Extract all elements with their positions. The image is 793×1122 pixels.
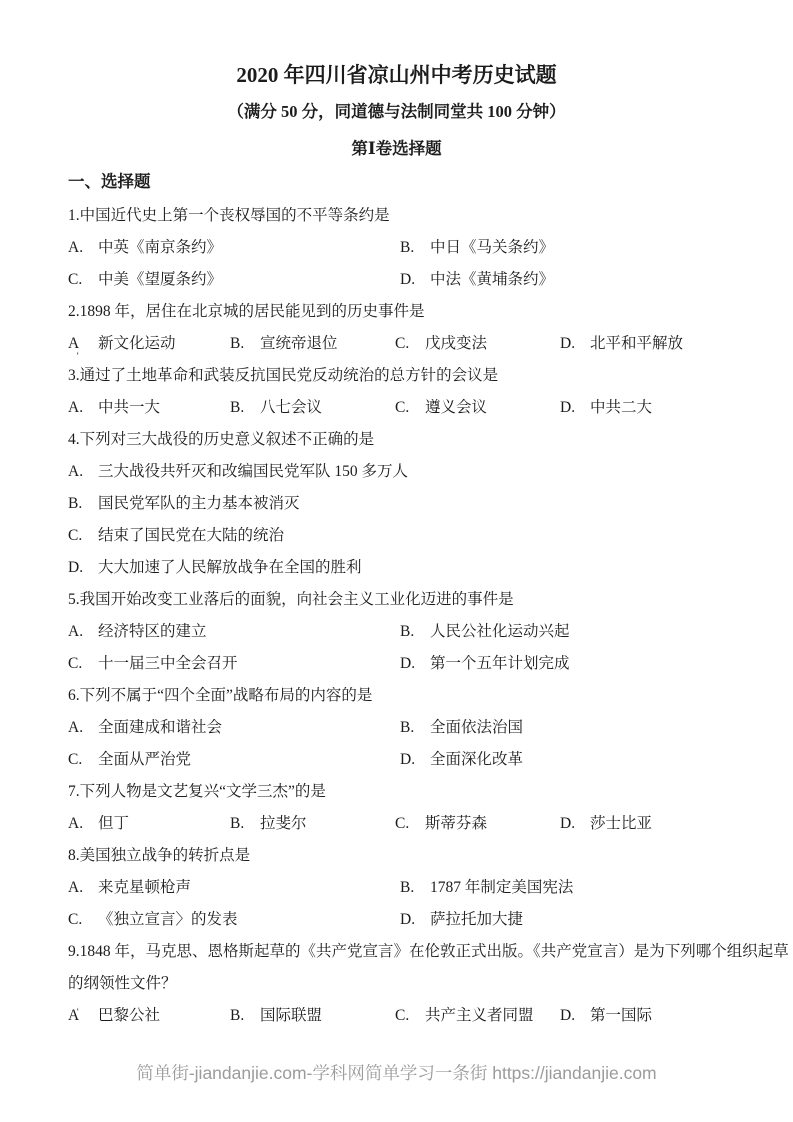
option-text: 宣统帝退位 <box>260 335 338 352</box>
exam-paper-page: 2020 年四川省凉山州中考历史试题 （满分 50 分，同道德与法制同堂共 10… <box>0 0 793 1122</box>
option-text: 萨拉托加大捷 <box>430 911 523 928</box>
option-2-B: B.宣统帝退位 <box>230 328 338 360</box>
option-6-C: C.全面从严治党 <box>68 744 191 776</box>
option-text: 来克星顿枪声 <box>98 879 191 896</box>
question-9-stem: 9.1848 年，马克思、恩格斯起草的《共产党宣言》在伦敦正式出版。《共产党宣言… <box>68 936 725 968</box>
question-4-options-row: D.大大加速了人民解放战争在全国的胜利 <box>68 552 725 584</box>
question-2-stem: 2.1898 年，居住在北京城的居民能见到的历史事件是 <box>68 296 725 328</box>
option-5-C: C.十一届三中全会召开 <box>68 648 238 680</box>
option-text: 国际联盟 <box>260 1007 322 1024</box>
option-9-B: B.国际联盟 <box>230 1000 322 1032</box>
option-9-C: C.共产主义者同盟 <box>395 1000 534 1032</box>
question-9-options-row: A巴黎公社B.国际联盟C.共产主义者同盟D.第一国际 <box>68 1000 725 1032</box>
question-7: 7.下列人物是文艺复兴“文学三杰”的是A.但丁B.拉斐尔C.斯蒂芬森D.莎士比亚 <box>68 776 725 840</box>
option-2-D: D.北平和平解放 <box>560 328 683 360</box>
option-7-A: A.但丁 <box>68 808 129 840</box>
option-text: 全面从严治党 <box>98 751 191 768</box>
option-label: C. <box>68 904 98 936</box>
question-3: 3.通过了土地革命和武装反抗国民党反动统治的总方针的会议是A.中共一大B.八七会… <box>68 360 725 424</box>
question-5-options-row: A.经济特区的建立B.人民公社化运动兴起 <box>68 616 725 648</box>
option-4-B: B.国民党军队的主力基本被消灭 <box>68 488 300 520</box>
option-5-D: D.第一个五年计划完成 <box>400 648 570 680</box>
option-label: C. <box>395 392 425 424</box>
question-4-options-row: C.结束了国民党在大陆的统治 <box>68 520 725 552</box>
option-6-D: D.全面深化改革 <box>400 744 523 776</box>
option-label: C. <box>68 264 98 296</box>
option-label: B. <box>230 1000 260 1032</box>
question-4: 4.下列对三大战役的历史意义叙述不正确的是A.三大战役共歼灭和改编国民党军队 1… <box>68 424 725 584</box>
option-8-B: B.1787 年制定美国宪法 <box>400 872 573 904</box>
question-3-options-row: A.中共一大B.八七会议C.遵义会议D.中共二大 <box>68 392 725 424</box>
option-1-C: C.中美《望厦条约》 <box>68 264 222 296</box>
question-1-options-row: C.中美《望厦条约》D.中法《黄埔条约》 <box>68 264 725 296</box>
questions: 1.中国近代史上第一个丧权辱国的不平等条约是A.中英《南京条约》B.中日《马关条… <box>68 200 725 1032</box>
option-9-A: A巴黎公社 <box>68 1000 160 1032</box>
option-1-B: B.中日《马关条约》 <box>400 232 554 264</box>
option-label: C. <box>68 520 98 552</box>
question-9: 9.1848 年，马克思、恩格斯起草的《共产党宣言》在伦敦正式出版。《共产党宣言… <box>68 936 725 1032</box>
option-3-A: A.中共一大 <box>68 392 160 424</box>
option-text: 莎士比亚 <box>590 815 652 832</box>
question-8-options-row: A.来克星顿枪声B.1787 年制定美国宪法 <box>68 872 725 904</box>
option-3-D: D.中共二大 <box>560 392 652 424</box>
option-text: 中美《望厦条约》 <box>98 271 222 288</box>
option-label: A. <box>68 616 98 648</box>
option-label: A. <box>68 456 98 488</box>
option-text: 全面依法治国 <box>430 719 523 736</box>
option-4-A: A.三大战役共歼灭和改编国民党军队 150 多万人 <box>68 456 408 488</box>
page-content: 2020 年四川省凉山州中考历史试题 （满分 50 分，同道德与法制同堂共 10… <box>0 0 793 1032</box>
option-text: 中共一大 <box>98 399 160 416</box>
option-label: C. <box>395 808 425 840</box>
option-text: 第一国际 <box>590 1007 652 1024</box>
option-8-D: D.萨拉托加大捷 <box>400 904 523 936</box>
part-heading: 一、选择题 <box>68 172 725 192</box>
option-text: 全面深化改革 <box>430 751 523 768</box>
option-label: D. <box>400 264 430 296</box>
question-1-options-row: A.中英《南京条约》B.中日《马关条约》 <box>68 232 725 264</box>
option-label: D. <box>400 904 430 936</box>
option-9-D: D.第一国际 <box>560 1000 652 1032</box>
option-7-D: D.莎士比亚 <box>560 808 652 840</box>
question-8: 8.美国独立战争的转折点是A.来克星顿枪声B.1787 年制定美国宪法C.《独立… <box>68 840 725 936</box>
option-6-A: A.全面建成和谐社会 <box>68 712 222 744</box>
question-4-options-row: A.三大战役共歼灭和改编国民党军队 150 多万人 <box>68 456 725 488</box>
option-label: A <box>68 328 98 360</box>
option-4-D: D.大大加速了人民解放战争在全国的胜利 <box>68 552 362 584</box>
question-4-stem: 4.下列对三大战役的历史意义叙述不正确的是 <box>68 424 725 456</box>
option-text: 遵义会议 <box>425 399 487 416</box>
option-label: A. <box>68 712 98 744</box>
option-text: 巴黎公社 <box>98 1007 160 1024</box>
option-label: B. <box>400 712 430 744</box>
question-5-stem: 5.我国开始改变工业落后的面貌，向社会主义工业化迈进的事件是 <box>68 584 725 616</box>
option-text: 全面建成和谐社会 <box>98 719 222 736</box>
question-2: 2.1898 年，居住在北京城的居民能见到的历史事件是A新文化运动B.宣统帝退位… <box>68 296 725 360</box>
option-text: 第一个五年计划完成 <box>430 655 570 672</box>
option-text: 戊戌变法 <box>425 335 487 352</box>
option-7-C: C.斯蒂芬森 <box>395 808 487 840</box>
option-text: 人民公社化运动兴起 <box>430 623 570 640</box>
option-text: 1787 年制定美国宪法 <box>430 879 573 896</box>
option-label: B. <box>68 488 98 520</box>
question-6: 6.下列不属于“四个全面”战略布局的内容的是A.全面建成和谐社会B.全面依法治国… <box>68 680 725 776</box>
option-label: B. <box>400 872 430 904</box>
option-label: B. <box>400 232 430 264</box>
option-4-C: C.结束了国民党在大陆的统治 <box>68 520 284 552</box>
option-label: C. <box>68 648 98 680</box>
option-text: 中日《马关条约》 <box>430 239 554 256</box>
option-text: 拉斐尔 <box>260 815 307 832</box>
question-5: 5.我国开始改变工业落后的面貌，向社会主义工业化迈进的事件是A.经济特区的建立B… <box>68 584 725 680</box>
option-label: A. <box>68 392 98 424</box>
option-text: 斯蒂芬森 <box>425 815 487 832</box>
option-text: 经济特区的建立 <box>98 623 207 640</box>
option-label: D. <box>560 808 590 840</box>
option-label: D. <box>560 328 590 360</box>
option-text: 三大战役共歼灭和改编国民党军队 150 多万人 <box>98 463 408 480</box>
option-label: D. <box>560 392 590 424</box>
question-5-options-row: C.十一届三中全会召开D.第一个五年计划完成 <box>68 648 725 680</box>
option-2-C: C.戊戌变法 <box>395 328 487 360</box>
option-text: 中法《黄埔条约》 <box>430 271 554 288</box>
question-2-options-row: A新文化运动B.宣统帝退位C.戊戌变法D.北平和平解放 <box>68 328 725 360</box>
option-text: 结束了国民党在大陆的统治 <box>98 527 284 544</box>
question-6-options-row: A.全面建成和谐社会B.全面依法治国 <box>68 712 725 744</box>
option-3-C: C.遵义会议 <box>395 392 487 424</box>
option-5-B: B.人民公社化运动兴起 <box>400 616 570 648</box>
question-1: 1.中国近代史上第一个丧权辱国的不平等条约是A.中英《南京条约》B.中日《马关条… <box>68 200 725 296</box>
question-6-options-row: C.全面从严治党D.全面深化改革 <box>68 744 725 776</box>
footer-watermark: 简单街-jiandanjie.com-学科网简单学习一条街 https://ji… <box>0 1060 793 1086</box>
option-3-B: B.八七会议 <box>230 392 322 424</box>
option-label: A <box>68 1000 98 1032</box>
option-5-A: A.经济特区的建立 <box>68 616 207 648</box>
question-7-stem: 7.下列人物是文艺复兴“文学三杰”的是 <box>68 776 725 808</box>
option-8-A: A.来克星顿枪声 <box>68 872 191 904</box>
option-text: 新文化运动 <box>98 335 176 352</box>
option-7-B: B.拉斐尔 <box>230 808 307 840</box>
option-text: 八七会议 <box>260 399 322 416</box>
option-text: 北平和平解放 <box>590 335 683 352</box>
question-1-stem: 1.中国近代史上第一个丧权辱国的不平等条约是 <box>68 200 725 232</box>
option-label: D. <box>400 744 430 776</box>
question-8-stem: 8.美国独立战争的转折点是 <box>68 840 725 872</box>
option-text: 《独立宣言〉的发表 <box>98 911 238 928</box>
option-label: C. <box>68 744 98 776</box>
option-label: A. <box>68 808 98 840</box>
option-text: 大大加速了人民解放战争在全国的胜利 <box>98 559 362 576</box>
scan-artifact: ‘ <box>76 1008 79 1018</box>
option-text: 国民党军队的主力基本被消灭 <box>98 495 300 512</box>
option-8-C: C.《独立宣言〉的发表 <box>68 904 238 936</box>
option-text: 十一届三中全会召开 <box>98 655 238 672</box>
question-4-options-row: B.国民党军队的主力基本被消灭 <box>68 488 725 520</box>
question-7-options-row: A.但丁B.拉斐尔C.斯蒂芬森D.莎士比亚 <box>68 808 725 840</box>
option-6-B: B.全面依法治国 <box>400 712 523 744</box>
question-3-stem: 3.通过了土地革命和武装反抗国民党反动统治的总方针的会议是 <box>68 360 725 392</box>
option-text: 中共二大 <box>590 399 652 416</box>
option-label: B. <box>230 808 260 840</box>
option-label: B. <box>230 328 260 360</box>
option-label: A. <box>68 872 98 904</box>
question-6-stem: 6.下列不属于“四个全面”战略布局的内容的是 <box>68 680 725 712</box>
section-title: 第Ⅰ卷选择题 <box>68 139 725 159</box>
option-label: A. <box>68 232 98 264</box>
option-text: 中英《南京条约》 <box>98 239 222 256</box>
page-title: 2020 年四川省凉山州中考历史试题 <box>68 0 725 88</box>
question-8-options-row: C.《独立宣言〉的发表D.萨拉托加大捷 <box>68 904 725 936</box>
scan-artifact: ‘ <box>76 352 79 362</box>
option-label: B. <box>230 392 260 424</box>
option-label: C. <box>395 1000 425 1032</box>
option-1-A: A.中英《南京条约》 <box>68 232 222 264</box>
option-label: D. <box>400 648 430 680</box>
option-label: D. <box>68 552 98 584</box>
option-label: B. <box>400 616 430 648</box>
option-2-A: A新文化运动 <box>68 328 176 360</box>
option-label: D. <box>560 1000 590 1032</box>
exam-score-note: （满分 50 分，同道德与法制同堂共 100 分钟） <box>68 102 725 122</box>
option-text: 但丁 <box>98 815 129 832</box>
option-text: 共产主义者同盟 <box>425 1007 534 1024</box>
option-label: C. <box>395 328 425 360</box>
question-9-stem: 的纲领性文件？ <box>68 968 725 1000</box>
option-1-D: D.中法《黄埔条约》 <box>400 264 554 296</box>
